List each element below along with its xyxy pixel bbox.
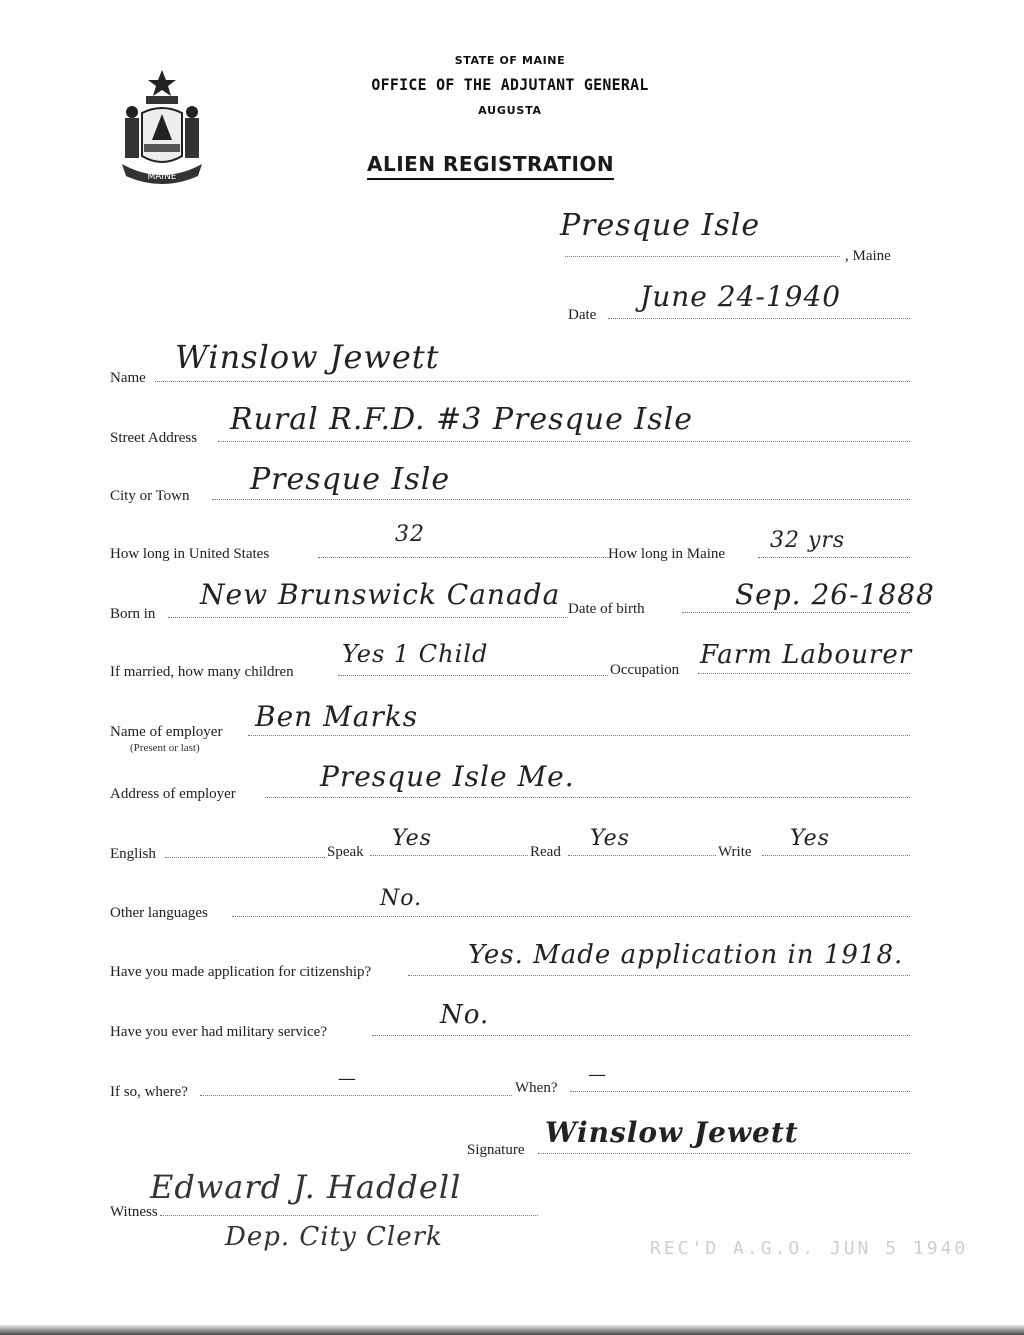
how-long-maine-line: [758, 557, 910, 558]
children-label: If married, how many children: [110, 664, 294, 681]
citizenship-line: [408, 975, 910, 976]
children-line: [338, 675, 608, 676]
place-value: Presque Isle: [560, 208, 760, 243]
date-of-birth-value: Sep. 26-1888: [735, 578, 935, 611]
witness-label: Witness: [110, 1204, 158, 1221]
military-line: [372, 1035, 910, 1036]
state-heading: STATE OF MAINE: [300, 54, 720, 67]
children-value: Yes 1 Child: [342, 640, 488, 668]
write-value: Yes: [790, 826, 830, 851]
name-label: Name: [110, 370, 146, 387]
employer-address-label: Address of employer: [110, 786, 236, 803]
military-label: Have you ever had military service?: [110, 1024, 327, 1041]
employer-name-sublabel: (Present or last): [130, 742, 200, 754]
name-line: [155, 381, 910, 382]
form-title: ALIEN REGISTRATION: [367, 152, 614, 180]
when-label: When?: [515, 1080, 557, 1097]
other-languages-value: No.: [380, 886, 422, 911]
employer-address-value: Presque Isle Me.: [320, 760, 575, 793]
date-line: [608, 318, 910, 319]
born-in-label: Born in: [110, 606, 155, 623]
how-long-us-value: 32: [395, 522, 425, 547]
city-line: [212, 499, 910, 500]
when-line: [570, 1091, 910, 1092]
employer-name-line: [248, 735, 910, 736]
date-of-birth-line: [682, 612, 910, 613]
born-in-line: [168, 617, 568, 618]
scan-edge: [0, 1325, 1024, 1335]
how-long-us-label: How long in United States: [110, 546, 269, 563]
street-address-value: Rural R.F.D. #3 Presque Isle: [230, 402, 693, 437]
read-line: [568, 855, 716, 856]
occupation-label: Occupation: [610, 662, 679, 679]
employer-address-line: [265, 797, 910, 798]
witness-value: Edward J. Haddell: [150, 1168, 461, 1206]
military-value: No.: [440, 1000, 489, 1030]
born-in-value: New Brunswick Canada: [200, 578, 560, 611]
read-label: Read: [530, 844, 561, 861]
other-languages-line: [232, 916, 910, 917]
how-long-us-line: [318, 557, 608, 558]
when-value: —: [588, 1064, 607, 1085]
english-line: [165, 857, 325, 858]
witness-line: [160, 1215, 538, 1216]
received-stamp: REC'D A.G.O. JUN 5 1940: [650, 1238, 968, 1259]
street-address-line: [218, 441, 910, 442]
employer-name-value: Ben Marks: [255, 700, 418, 733]
where-label: If so, where?: [110, 1084, 188, 1101]
write-label: Write: [718, 844, 752, 861]
name-value: Winslow Jewett: [175, 338, 439, 376]
maine-state-seal-icon: MAINE: [112, 68, 212, 188]
english-label: English: [110, 846, 156, 863]
other-languages-label: Other languages: [110, 905, 208, 922]
city-heading: AUGUSTA: [300, 104, 720, 117]
city-label: City or Town: [110, 488, 190, 505]
signature-value: Winslow Jewett: [545, 1116, 799, 1149]
place-suffix: , Maine: [845, 248, 891, 265]
witness-title: Dep. City Clerk: [225, 1222, 443, 1252]
speak-label: Speak: [327, 844, 364, 861]
citizenship-label: Have you made application for citizenshi…: [110, 964, 371, 981]
where-value: —: [338, 1068, 357, 1089]
where-line: [200, 1095, 512, 1096]
svg-text:MAINE: MAINE: [148, 172, 177, 182]
how-long-maine-value: 32 yrs: [770, 528, 845, 553]
date-of-birth-label: Date of birth: [568, 601, 645, 618]
citizenship-value: Yes. Made application in 1918.: [468, 940, 903, 970]
speak-line: [370, 855, 528, 856]
street-address-label: Street Address: [110, 430, 197, 447]
signature-line: [538, 1153, 910, 1154]
speak-value: Yes: [392, 826, 432, 851]
occupation-line: [698, 673, 910, 674]
office-heading: OFFICE OF THE ADJUTANT GENERAL: [315, 75, 706, 94]
place-line: [565, 256, 840, 257]
city-value: Presque Isle: [250, 462, 450, 497]
write-line: [762, 855, 910, 856]
occupation-value: Farm Labourer: [700, 640, 912, 670]
signature-label: Signature: [467, 1142, 525, 1159]
date-label: Date: [568, 307, 596, 324]
read-value: Yes: [590, 826, 630, 851]
date-value: June 24-1940: [640, 280, 841, 313]
employer-name-label: Name of employer: [110, 724, 222, 741]
how-long-maine-label: How long in Maine: [608, 546, 725, 563]
